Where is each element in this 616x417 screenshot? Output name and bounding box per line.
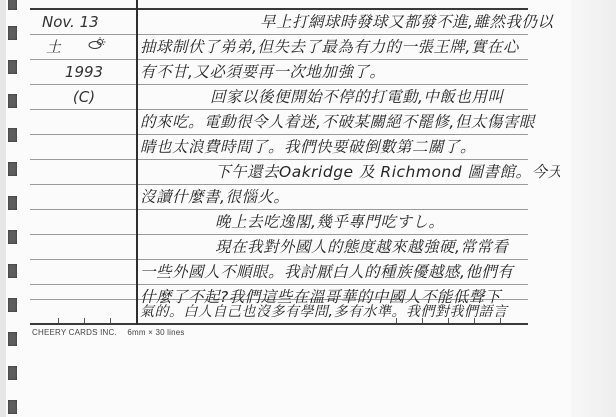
footer-brand: CHEERY CARDS INC. [32,328,117,337]
binding-hole-icon [8,196,17,210]
page-edge-shadow [571,0,616,417]
entry-weekday: 土 [32,35,76,59]
binding-hole-icon [8,298,17,312]
binding-hole-icon [8,26,17,40]
entry-line: 回家以後便開始不停的打電動,中飯也用叫 [210,85,560,109]
binding-hole-icon [8,230,17,244]
binding-hole-icon [8,60,17,74]
entry-line: 早上打網球時發球又都發不進,雖然我仍以 [260,10,560,34]
entry-line: 一些外國人不順眼。我討厭白人的種族優越感,他們有 [140,260,560,284]
tick-mark [110,318,111,323]
entry-line: 晚上去吃逸閣,幾乎專門吃すし。 [215,210,560,234]
entry-grade: (C) [32,85,136,109]
entry-line: 睛也太浪費時間了。我們快要破倒數第二關了。 [140,135,560,159]
tick-mark [84,318,85,323]
date-margin-line [136,0,138,325]
entry-date: Nov. 13 [32,10,136,34]
binding-hole-icon [8,128,17,142]
binding-hole-icon [8,0,17,10]
entry-line: 抽球制伏了弟弟,但失去了最為有力的一張王牌,實在心 [140,35,560,59]
binding-hole-icon [8,162,17,176]
paper-brand-footer: CHEERY CARDS INC. 6mm × 30 lines [32,328,185,337]
binding-hole-icon [8,366,17,380]
entry-line: 現在我對外國人的態度越來越強硬,常常看 [215,235,560,259]
notebook-page: Nov. 13 土 1993 (C) 早上打網球時發球又都發不進,雖然我仍以 抽… [0,0,616,417]
binding-hole-icon [8,332,17,346]
sun-behind-cloud-icon [88,37,106,49]
entry-line: 氣的。白人自己也沒多有學問,多有水準。我們對我們語言 [140,302,560,322]
binding-hole-icon [8,400,17,414]
bottom-rule [30,323,528,325]
tick-mark [58,318,59,323]
entry-line: 下午還去Oakridge 及 Richmond 圖書館。今天又 [215,160,560,184]
footer-spec: 6mm × 30 lines [127,328,184,337]
entry-line: 有不甘,又必須要再一次地加強了。 [140,60,560,84]
entry-year: 1993 [32,60,136,84]
binding-hole-icon [8,264,17,278]
entry-line: 的來吃。電動很令人着迷,不破某關絕不罷修,但太傷害眼 [140,110,560,134]
entry-line: 沒讀什麼書,很惱火。 [140,185,560,209]
binding-hole-icon [8,94,17,108]
